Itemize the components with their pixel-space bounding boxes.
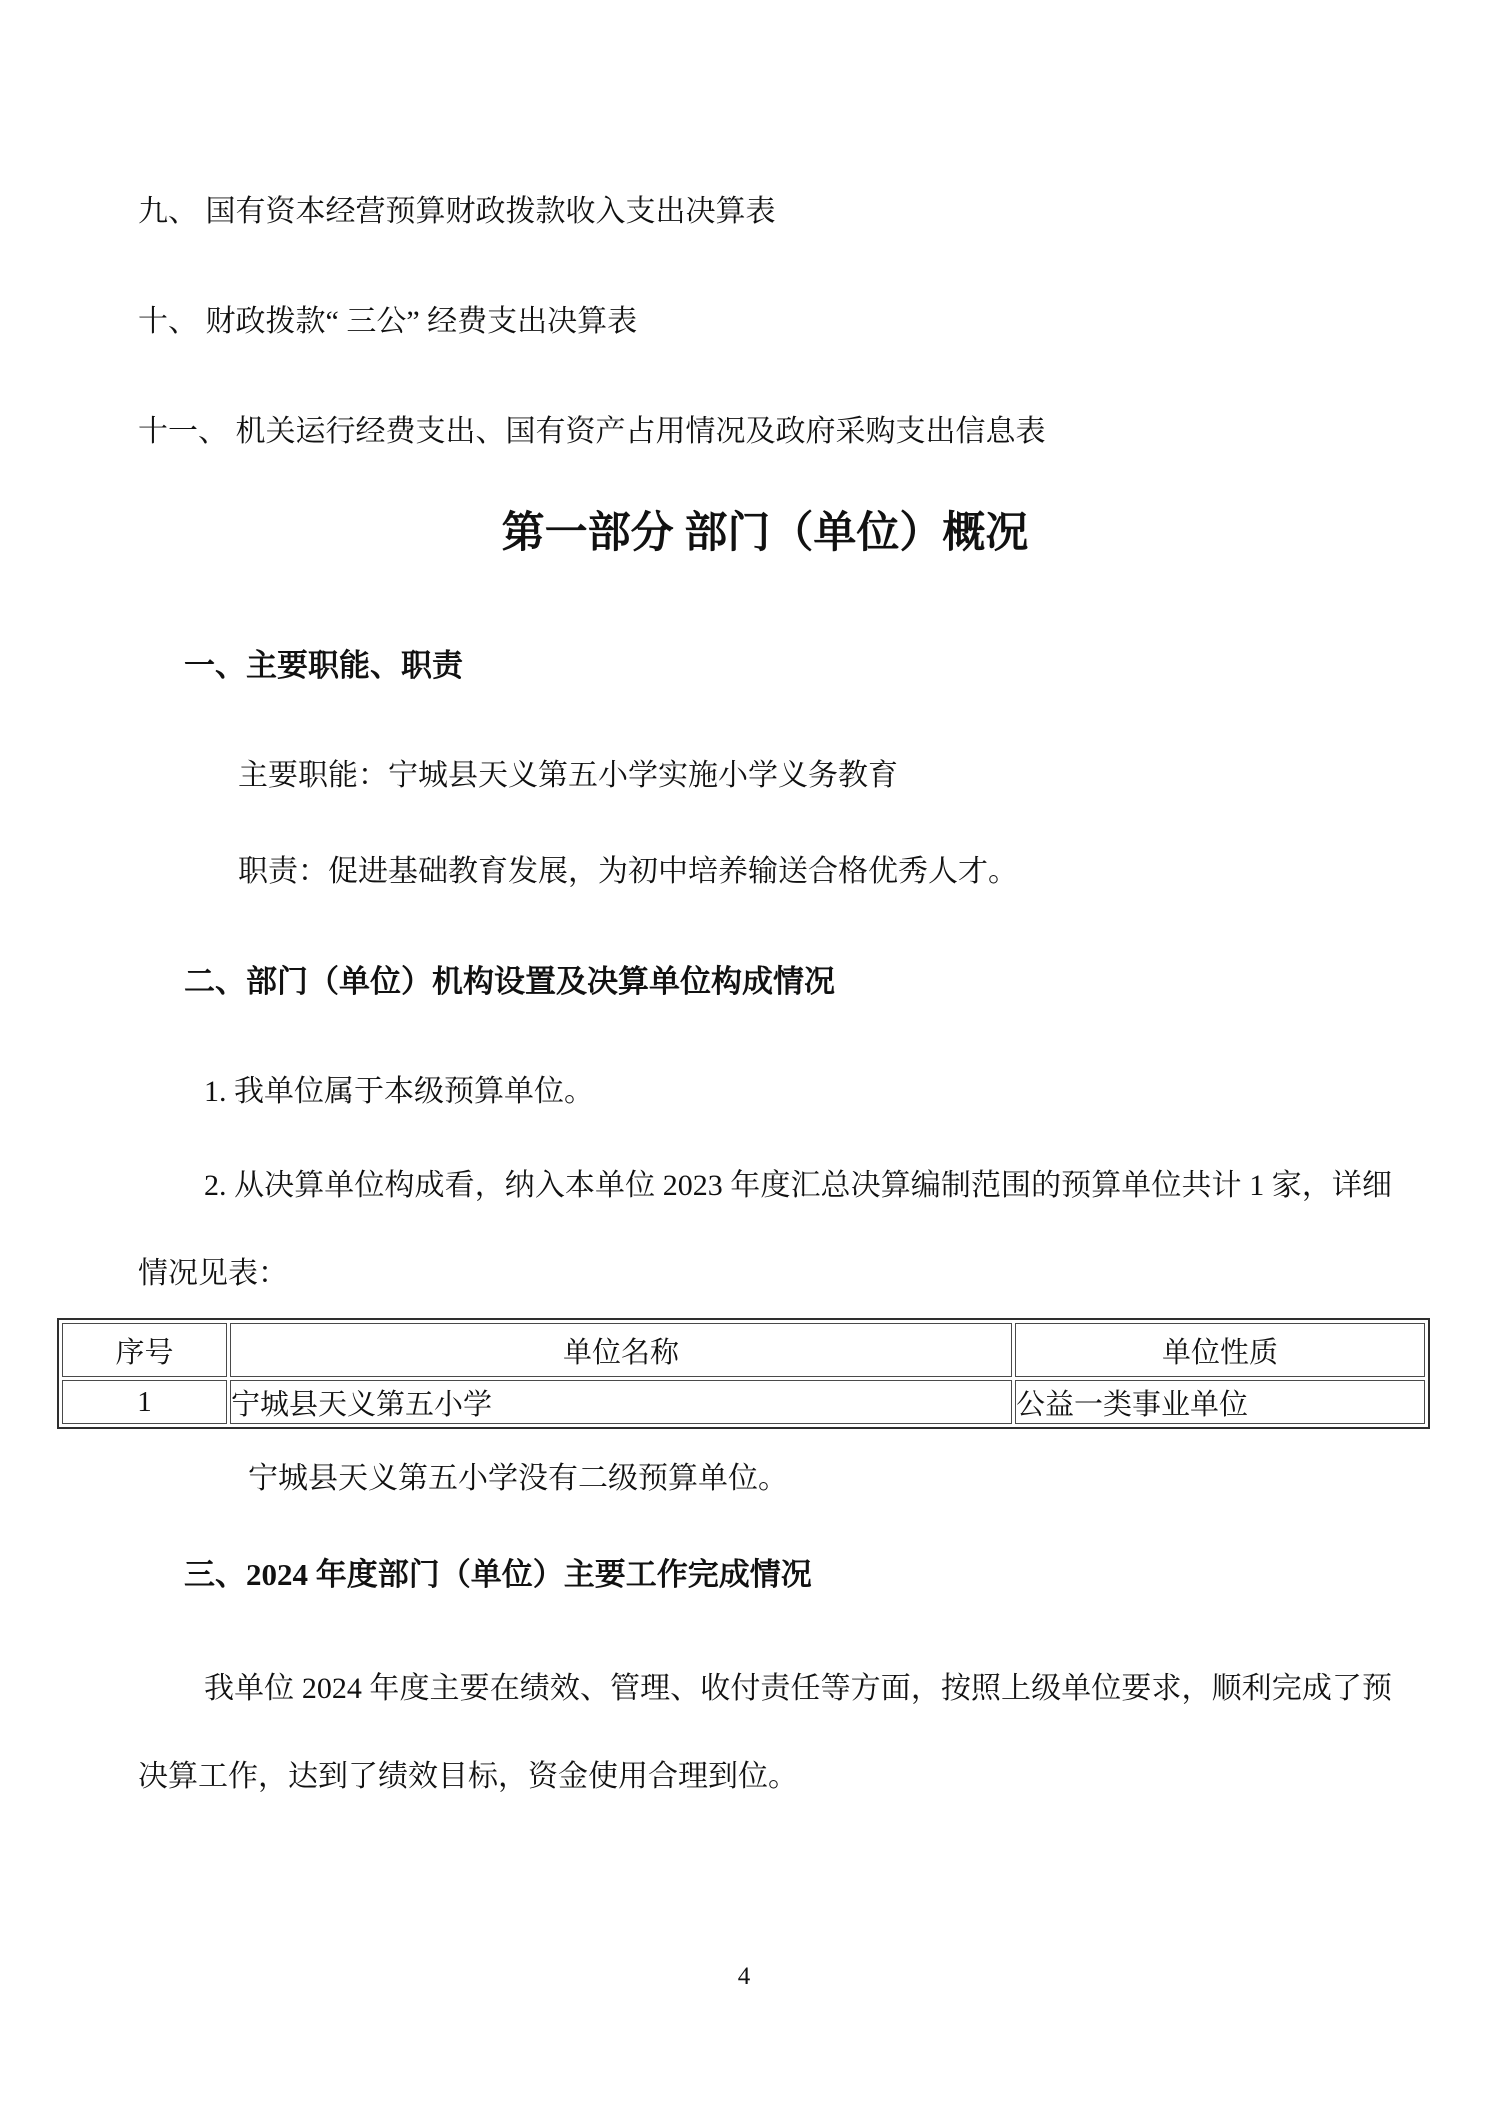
section-two-heading: 二、部门（单位）机构设置及决算单位构成情况 [138,938,1392,1026]
para-main-functions: 主要职能：宁城县天义第五小学实施小学义务教育 [138,732,1392,820]
table-header-name: 单位名称 [230,1323,1012,1377]
table-cell-seq: 1 [62,1380,227,1424]
table-cell-name: 宁城县天义第五小学 [230,1380,1012,1424]
para-duties: 职责：促进基础教育发展，为初中培养输送合格优秀人才。 [138,828,1392,916]
unit-table: 序号 单位名称 单位性质 1 宁城县天义第五小学 公益一类事业单位 [57,1318,1430,1429]
unit-table-header-row: 序号 单位名称 单位性质 [62,1323,1425,1377]
document-page: 九、 国有资本经营预算财政拨款收入支出决算表 十、 财政拨款“ 三公” 经费支出… [0,0,1488,2104]
toc-item-10: 十、 财政拨款“ 三公” 经费支出决算表 [138,278,1392,366]
table-row: 1 宁城县天义第五小学 公益一类事业单位 [62,1380,1425,1424]
para-item-2: 2. 从决算单位构成看，纳入本单位 2023 年度汇总决算编制范围的预算单位共计… [138,1142,1392,1318]
para-work-completion: 我单位 2024 年度主要在绩效、管理、收付责任等方面，按照上级单位要求，顺利完… [138,1645,1392,1821]
table-cell-type: 公益一类事业单位 [1015,1380,1425,1424]
para-no-secondary-units: 宁城县天义第五小学没有二级预算单位。 [138,1435,1392,1523]
section-one-heading: 一、主要职能、职责 [138,622,1392,710]
para-item-1: 1. 我单位属于本级预算单位。 [138,1048,1392,1136]
section-three-heading: 三、2024 年度部门（单位）主要工作完成情况 [138,1531,1392,1619]
document-content: 九、 国有资本经营预算财政拨款收入支出决算表 十、 财政拨款“ 三公” 经费支出… [0,168,1488,1821]
part-title: 第一部分 部门（单位）概况 [138,504,1392,564]
toc-item-11: 十一、 机关运行经费支出、国有资产占用情况及政府采购支出信息表 [138,388,1392,476]
page-number: 4 [0,1962,1488,1992]
toc-item-9: 九、 国有资本经营预算财政拨款收入支出决算表 [138,168,1392,256]
table-header-seq: 序号 [62,1323,227,1377]
unit-table-wrap: 序号 单位名称 单位性质 1 宁城县天义第五小学 公益一类事业单位 [57,1318,1423,1429]
table-header-type: 单位性质 [1015,1323,1425,1377]
